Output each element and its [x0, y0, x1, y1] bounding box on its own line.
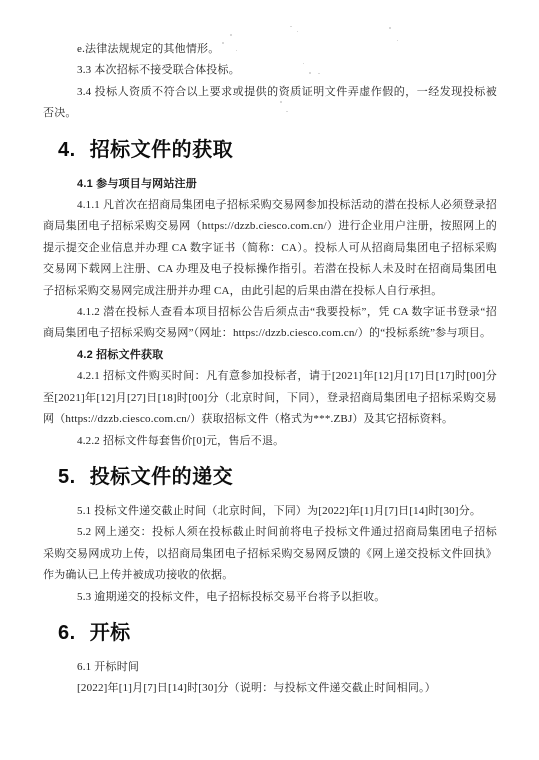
section-5-number: 5. [58, 464, 76, 490]
clause-6-1-datetime: [2022]年[1]月[7]日[14]时[30]分（说明：与投标文件递交截止时间… [43, 678, 497, 699]
section-6-number: 6. [58, 620, 76, 646]
section-5-title: 投标文件的递交 [90, 466, 234, 488]
scan-speckle [297, 31, 298, 32]
clause-e-other-circumstances: e.法律法规规定的其他情形。 [43, 39, 497, 60]
clause-4-1-subheading: 4.1 参与项目与网站注册 [43, 174, 497, 195]
scan-speckle [230, 34, 232, 36]
clause-4-2-1: 4.2.1 招标文件购买时间：凡有意参加投标者，请于[2021]年[12]月[1… [43, 366, 497, 430]
clause-3-4: 3.4 投标人资质不符合以上要求或提供的资质证明文件弄虚作假的，一经发现投标被否… [43, 82, 497, 125]
scan-speckle [389, 27, 391, 29]
clause-4-1-2: 4.1.2 潜在投标人查看本项目招标公告后须点击“我要投标”，凭 CA 数字证书… [43, 302, 497, 345]
scan-speckle [290, 26, 292, 27]
clause-6-1-subheading: 6.1 开标时间 [43, 657, 497, 678]
clause-5-1: 5.1 投标文件递交截止时间（北京时间，下同）为[2022]年[1]月[7]日[… [43, 501, 497, 522]
section-4-title: 招标文件的获取 [90, 139, 234, 161]
clause-5-2: 5.2 网上递交：投标人须在投标截止时间前将电子投标文件通过招商局集团电子招标采… [43, 522, 497, 586]
clause-4-2-subheading: 4.2 招标文件获取 [43, 345, 497, 366]
section-4-number: 4. [58, 137, 76, 163]
section-5-heading: 5.投标文件的递交 [43, 464, 497, 490]
section-6-heading: 6.开标 [43, 620, 497, 646]
clause-4-2-2: 4.2.2 招标文件每套售价[0]元，售后不退。 [43, 431, 497, 452]
clause-4-1-1: 4.1.1 凡首次在招商局集团电子招标采购交易网参加投标活动的潜在投标人必须登录… [43, 195, 497, 302]
section-4-heading: 4.招标文件的获取 [43, 137, 497, 163]
section-6-title: 开标 [90, 622, 131, 644]
clause-3-3: 3.3 本次招标不接受联合体投标。 [43, 60, 497, 81]
document-page: e.法律法规规定的其他情形。 3.3 本次招标不接受联合体投标。 3.4 投标人… [0, 0, 539, 760]
clause-5-3: 5.3 逾期递交的投标文件，电子招标投标交易平台将予以拒收。 [43, 587, 497, 608]
